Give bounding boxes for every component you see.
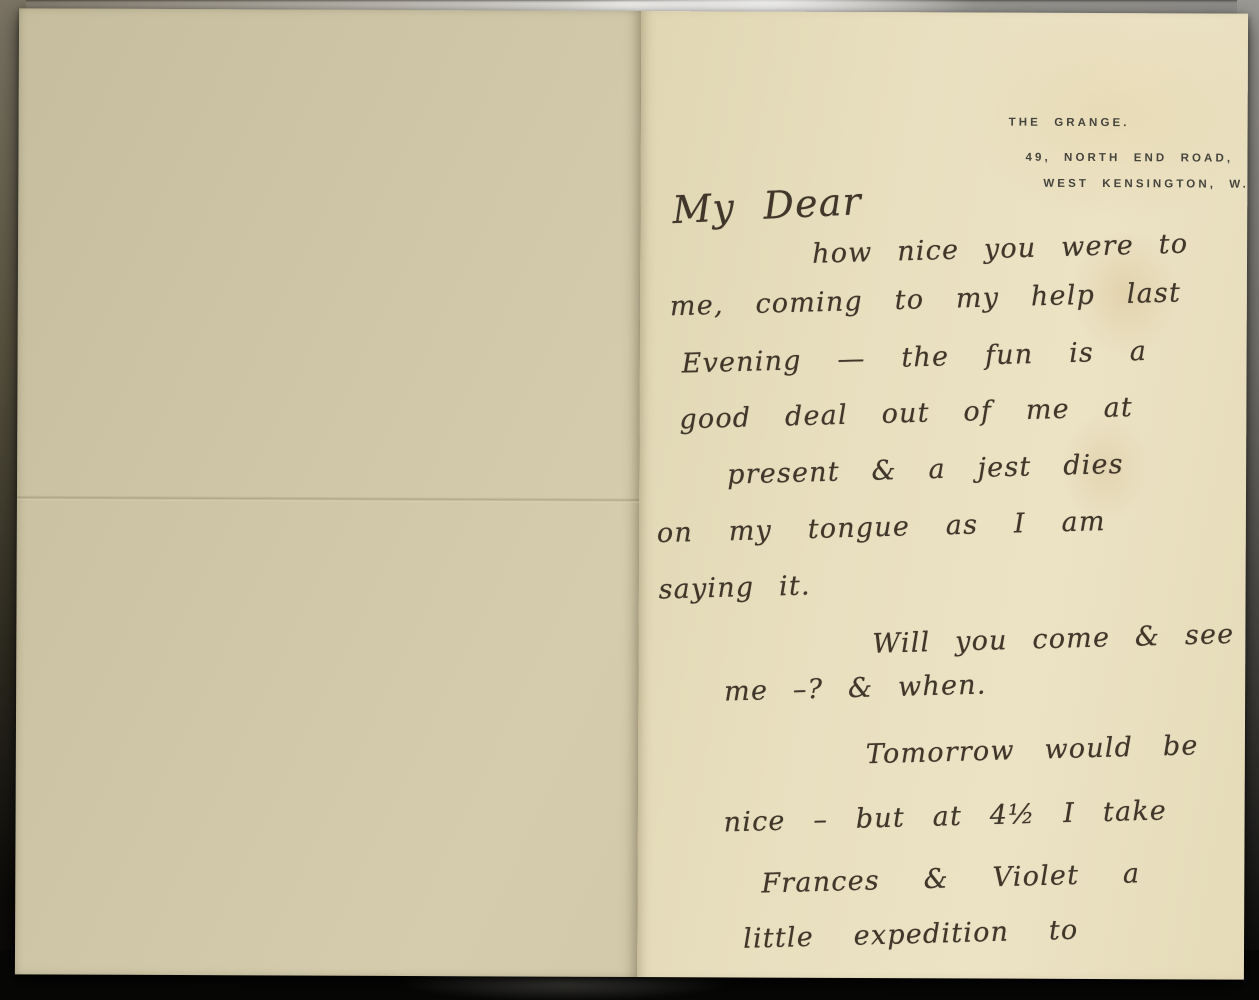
handwriting-line: good deal out of me at xyxy=(679,392,1133,435)
handwriting-line: Tomorrow would be xyxy=(866,730,1199,770)
handwriting-line: me, coming to my help last xyxy=(670,277,1182,322)
folded-letter-sheet: THE GRANGE. 49, NORTH END ROAD, WEST KEN… xyxy=(15,8,1248,979)
letterhead-name: THE GRANGE. xyxy=(1009,117,1130,130)
horizontal-fold-crease xyxy=(17,495,639,503)
letter-page-written: THE GRANGE. 49, NORTH END ROAD, WEST KEN… xyxy=(637,11,1248,980)
handwriting-line: little expedition to xyxy=(743,915,1079,955)
photograph-of-letter: THE GRANGE. 49, NORTH END ROAD, WEST KEN… xyxy=(0,0,1259,1000)
handwriting-line: Frances & Violet a xyxy=(761,858,1141,899)
handwriting-line: Evening — the fun is a xyxy=(681,336,1147,380)
handwriting-line: present & a jest dies xyxy=(727,449,1124,491)
letterhead-district: WEST KENSINGTON, W. xyxy=(1043,178,1249,191)
letterhead-street: 49, NORTH END ROAD, xyxy=(1025,152,1233,165)
handwriting-line: how nice you were to xyxy=(812,229,1189,270)
handwriting-line: me –? & when. xyxy=(724,669,987,707)
handwriting-salutation: My Dear xyxy=(671,179,863,232)
letter-page-blank xyxy=(15,8,641,977)
handwriting-line: Will you come & see xyxy=(872,619,1235,660)
handwriting-line: on my tongue as I am xyxy=(657,506,1107,549)
handwriting-line: saying it. xyxy=(658,570,811,605)
handwriting-line: nice – but at 4½ I take xyxy=(723,795,1167,838)
